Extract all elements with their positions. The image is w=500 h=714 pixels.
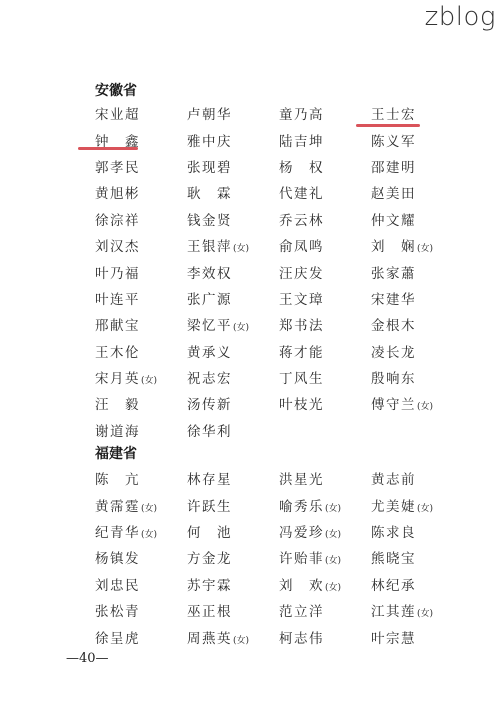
name-entry: 王银萍(女) xyxy=(187,235,279,255)
person-name: 王银萍 xyxy=(187,239,232,255)
table-row: 纪青华(女)何 池冯爱珍(女)陈求良 xyxy=(95,518,475,544)
name-entry: 殷响东 xyxy=(371,367,463,387)
name-entry: 杨 权 xyxy=(279,156,371,176)
name-entry: 凌长龙 xyxy=(371,341,463,361)
name-entry: 金根木 xyxy=(371,314,463,334)
person-name: 代建礼 xyxy=(279,186,324,202)
person-name: 王木伦 xyxy=(95,345,140,361)
name-entry: 许贻菲(女) xyxy=(279,547,371,567)
section-title-fujian: 福建省 xyxy=(95,443,137,463)
table-row: 杨镇发方金龙许贻菲(女)熊晓宝 xyxy=(95,544,475,570)
name-entry: 黄志前 xyxy=(371,468,463,488)
person-name: 张广源 xyxy=(187,292,232,308)
person-name: 叶乃福 xyxy=(95,266,140,282)
female-marker: (女) xyxy=(417,504,433,514)
name-entry: 蒋才能 xyxy=(279,341,371,361)
female-marker: (女) xyxy=(417,402,433,412)
person-name: 钱金贤 xyxy=(187,213,232,229)
name-entry: 邢献宝 xyxy=(95,314,187,334)
name-entry: 叶连平 xyxy=(95,288,187,308)
table-row: 钟 鑫雅中庆陆吉坤陈义军 xyxy=(95,126,475,152)
person-name: 黄承义 xyxy=(187,345,232,361)
person-name: 宋建华 xyxy=(371,292,416,308)
name-entry: 祝志宏 xyxy=(187,367,279,387)
name-entry: 雅中庆 xyxy=(187,130,279,150)
person-name: 宋业超 xyxy=(95,107,140,123)
name-entry: 苏宇霖 xyxy=(187,574,279,594)
name-entry: 黄承义 xyxy=(187,341,279,361)
name-entry: 俞凤鸣 xyxy=(279,235,371,255)
person-name: 黄霈霆 xyxy=(95,499,140,515)
name-entry: 耿 霖 xyxy=(187,182,279,202)
person-name: 苏宇霖 xyxy=(187,578,232,594)
name-entry: 谢道海 xyxy=(95,420,187,440)
highlight-underline-wangshihong xyxy=(356,124,420,127)
name-entry: 宋建华 xyxy=(371,288,463,308)
person-name: 方金龙 xyxy=(187,551,232,567)
name-entry: 乔云林 xyxy=(279,209,371,229)
person-name: 王士宏 xyxy=(371,107,416,123)
name-entry: 喻秀乐(女) xyxy=(279,495,371,515)
name-entry: 叶宗慧 xyxy=(371,627,463,647)
person-name: 雅中庆 xyxy=(187,134,232,150)
table-row: 徐淙祥钱金贤乔云林仲文耀 xyxy=(95,206,475,232)
table-row: 王木伦黄承义蒋才能凌长龙 xyxy=(95,338,475,364)
person-name: 俞凤鸣 xyxy=(279,239,324,255)
table-row: 徐呈虎周燕英(女)柯志伟叶宗慧 xyxy=(95,623,475,649)
person-name: 金根木 xyxy=(371,318,416,334)
name-entry: 赵美田 xyxy=(371,182,463,202)
table-row: 汪 毅汤传新叶枝光傅守兰(女) xyxy=(95,390,475,416)
person-name: 耿 霖 xyxy=(187,186,232,202)
name-entry: 王士宏 xyxy=(371,103,463,123)
table-row: 黄旭彬耿 霖代建礼赵美田 xyxy=(95,179,475,205)
name-entry: 叶乃福 xyxy=(95,262,187,282)
name-entry: 张广源 xyxy=(187,288,279,308)
table-row: 谢道海徐华利 xyxy=(95,417,475,443)
person-name: 江其莲 xyxy=(371,604,416,620)
person-name: 巫正根 xyxy=(187,604,232,620)
person-name: 王文璋 xyxy=(279,292,324,308)
name-grid-fujian: 陈 亢林存星洪星光黄志前黄霈霆(女)许跃生喻秀乐(女)尤美婕(女)纪青华(女)何… xyxy=(95,465,475,650)
name-entry: 何 池 xyxy=(187,521,279,541)
person-name: 杨镇发 xyxy=(95,551,140,567)
person-name: 汤传新 xyxy=(187,397,232,413)
person-name: 洪星光 xyxy=(279,472,324,488)
person-name: 叶连平 xyxy=(95,292,140,308)
person-name: 杨 权 xyxy=(279,160,324,176)
person-name: 林存星 xyxy=(187,472,232,488)
person-name: 宋月英 xyxy=(95,371,140,387)
table-row: 陈 亢林存星洪星光黄志前 xyxy=(95,465,475,491)
person-name: 叶宗慧 xyxy=(371,631,416,647)
person-name: 郑书法 xyxy=(279,318,324,334)
table-row: 郭孝民张现碧杨 权邵建明 xyxy=(95,153,475,179)
name-entry: 张现碧 xyxy=(187,156,279,176)
highlight-underline-zhongxin xyxy=(78,147,138,150)
person-name: 殷响东 xyxy=(371,371,416,387)
person-name: 陈 亢 xyxy=(95,472,140,488)
person-name: 陆吉坤 xyxy=(279,134,324,150)
female-marker: (女) xyxy=(325,504,341,514)
female-marker: (女) xyxy=(325,583,341,593)
name-entry: 汪庆发 xyxy=(279,262,371,282)
name-entry: 张家蕭 xyxy=(371,262,463,282)
person-name: 刘 娴 xyxy=(371,239,416,255)
person-name: 周燕英 xyxy=(187,631,232,647)
document-page: zblog 安徽省 宋业超卢朝华童乃高王士宏钟 鑫雅中庆陆吉坤陈义军郭孝民张现碧… xyxy=(0,0,500,714)
name-entry: 黄旭彬 xyxy=(95,182,187,202)
person-name: 赵美田 xyxy=(371,186,416,202)
person-name: 张松青 xyxy=(95,604,140,620)
name-entry: 刘 欢(女) xyxy=(279,574,371,594)
person-name: 梁忆平 xyxy=(187,318,232,334)
name-entry: 林纪承 xyxy=(371,574,463,594)
person-name: 陈义军 xyxy=(371,134,416,150)
person-name: 林纪承 xyxy=(371,578,416,594)
female-marker: (女) xyxy=(417,244,433,254)
table-row: 宋业超卢朝华童乃高王士宏 xyxy=(95,100,475,126)
name-entry: 刘忠民 xyxy=(95,574,187,594)
person-name: 徐呈虎 xyxy=(95,631,140,647)
name-entry: 王木伦 xyxy=(95,341,187,361)
table-row: 宋月英(女)祝志宏丁风生殷响东 xyxy=(95,364,475,390)
table-row: 叶连平张广源王文璋宋建华 xyxy=(95,285,475,311)
person-name: 黄志前 xyxy=(371,472,416,488)
name-entry: 江其莲(女) xyxy=(371,600,463,620)
person-name: 张现碧 xyxy=(187,160,232,176)
name-entry: 陆吉坤 xyxy=(279,130,371,150)
female-marker: (女) xyxy=(233,636,249,646)
person-name: 尤美婕 xyxy=(371,499,416,515)
name-entry: 洪星光 xyxy=(279,468,371,488)
person-name: 熊晓宝 xyxy=(371,551,416,567)
name-entry: 傅守兰(女) xyxy=(371,393,463,413)
person-name: 徐淙祥 xyxy=(95,213,140,229)
person-name: 刘 欢 xyxy=(279,578,324,594)
name-entry: 叶枝光 xyxy=(279,393,371,413)
name-entry: 郑书法 xyxy=(279,314,371,334)
person-name: 黄旭彬 xyxy=(95,186,140,202)
name-entry: 刘 娴(女) xyxy=(371,235,463,255)
name-entry: 徐淙祥 xyxy=(95,209,187,229)
name-entry: 童乃高 xyxy=(279,103,371,123)
person-name: 刘忠民 xyxy=(95,578,140,594)
person-name: 刘汉杰 xyxy=(95,239,140,255)
name-entry: 陈求良 xyxy=(371,521,463,541)
name-entry: 卢朝华 xyxy=(187,103,279,123)
person-name: 童乃高 xyxy=(279,107,324,123)
name-entry: 郭孝民 xyxy=(95,156,187,176)
name-entry: 王文璋 xyxy=(279,288,371,308)
person-name: 叶枝光 xyxy=(279,397,324,413)
name-entry: 陈 亢 xyxy=(95,468,187,488)
name-entry: 巫正根 xyxy=(187,600,279,620)
female-marker: (女) xyxy=(325,530,341,540)
person-name: 汪 毅 xyxy=(95,397,140,413)
name-entry: 纪青华(女) xyxy=(95,521,187,541)
female-marker: (女) xyxy=(417,609,433,619)
name-entry: 杨镇发 xyxy=(95,547,187,567)
table-row: 叶乃福李效权汪庆发张家蕭 xyxy=(95,258,475,284)
female-marker: (女) xyxy=(141,530,157,540)
person-name: 许贻菲 xyxy=(279,551,324,567)
page-number: —40— xyxy=(66,651,109,666)
person-name: 卢朝华 xyxy=(187,107,232,123)
person-name: 乔云林 xyxy=(279,213,324,229)
watermark: zblog xyxy=(425,2,496,32)
person-name: 蒋才能 xyxy=(279,345,324,361)
person-name: 傅守兰 xyxy=(371,397,416,413)
name-entry: 宋业超 xyxy=(95,103,187,123)
female-marker: (女) xyxy=(141,504,157,514)
name-entry: 刘汉杰 xyxy=(95,235,187,255)
table-row: 黄霈霆(女)许跃生喻秀乐(女)尤美婕(女) xyxy=(95,491,475,517)
person-name: 汪庆发 xyxy=(279,266,324,282)
person-name: 范立洋 xyxy=(279,604,324,620)
name-entry: 丁风生 xyxy=(279,367,371,387)
name-entry: 熊晓宝 xyxy=(371,547,463,567)
name-entry: 徐呈虎 xyxy=(95,627,187,647)
name-entry: 汤传新 xyxy=(187,393,279,413)
name-entry: 周燕英(女) xyxy=(187,627,279,647)
person-name: 凌长龙 xyxy=(371,345,416,361)
section-title-anhui: 安徽省 xyxy=(95,80,137,100)
person-name: 谢道海 xyxy=(95,424,140,440)
person-name: 徐华利 xyxy=(187,424,232,440)
name-entry: 仲文耀 xyxy=(371,209,463,229)
name-entry: 方金龙 xyxy=(187,547,279,567)
person-name: 邢献宝 xyxy=(95,318,140,334)
person-name: 冯爱珍 xyxy=(279,525,324,541)
name-entry: 许跃生 xyxy=(187,495,279,515)
name-entry: 邵建明 xyxy=(371,156,463,176)
name-entry: 代建礼 xyxy=(279,182,371,202)
person-name: 陈求良 xyxy=(371,525,416,541)
name-entry: 柯志伟 xyxy=(279,627,371,647)
person-name: 邵建明 xyxy=(371,160,416,176)
name-entry: 徐华利 xyxy=(187,420,279,440)
name-grid-anhui: 宋业超卢朝华童乃高王士宏钟 鑫雅中庆陆吉坤陈义军郭孝民张现碧杨 权邵建明黄旭彬耿… xyxy=(95,100,475,443)
female-marker: (女) xyxy=(141,376,157,386)
person-name: 仲文耀 xyxy=(371,213,416,229)
person-name: 郭孝民 xyxy=(95,160,140,176)
name-entry: 张松青 xyxy=(95,600,187,620)
female-marker: (女) xyxy=(325,556,341,566)
person-name: 张家蕭 xyxy=(371,266,416,282)
table-row: 邢献宝梁忆平(女)郑书法金根木 xyxy=(95,311,475,337)
table-row: 刘忠民苏宇霖刘 欢(女)林纪承 xyxy=(95,571,475,597)
table-row: 张松青巫正根范立洋江其莲(女) xyxy=(95,597,475,623)
name-entry: 黄霈霆(女) xyxy=(95,495,187,515)
name-entry: 汪 毅 xyxy=(95,393,187,413)
person-name: 李效权 xyxy=(187,266,232,282)
name-entry: 林存星 xyxy=(187,468,279,488)
person-name: 丁风生 xyxy=(279,371,324,387)
name-entry: 钱金贤 xyxy=(187,209,279,229)
person-name: 喻秀乐 xyxy=(279,499,324,515)
person-name: 纪青华 xyxy=(95,525,140,541)
name-entry: 宋月英(女) xyxy=(95,367,187,387)
person-name: 柯志伟 xyxy=(279,631,324,647)
name-entry: 陈义军 xyxy=(371,130,463,150)
person-name: 许跃生 xyxy=(187,499,232,515)
person-name: 何 池 xyxy=(187,525,232,541)
female-marker: (女) xyxy=(233,323,249,333)
female-marker: (女) xyxy=(233,244,249,254)
name-entry: 李效权 xyxy=(187,262,279,282)
person-name: 祝志宏 xyxy=(187,371,232,387)
name-entry: 尤美婕(女) xyxy=(371,495,463,515)
table-row: 刘汉杰王银萍(女)俞凤鸣刘 娴(女) xyxy=(95,232,475,258)
name-entry: 冯爱珍(女) xyxy=(279,521,371,541)
name-entry: 梁忆平(女) xyxy=(187,314,279,334)
name-entry: 范立洋 xyxy=(279,600,371,620)
